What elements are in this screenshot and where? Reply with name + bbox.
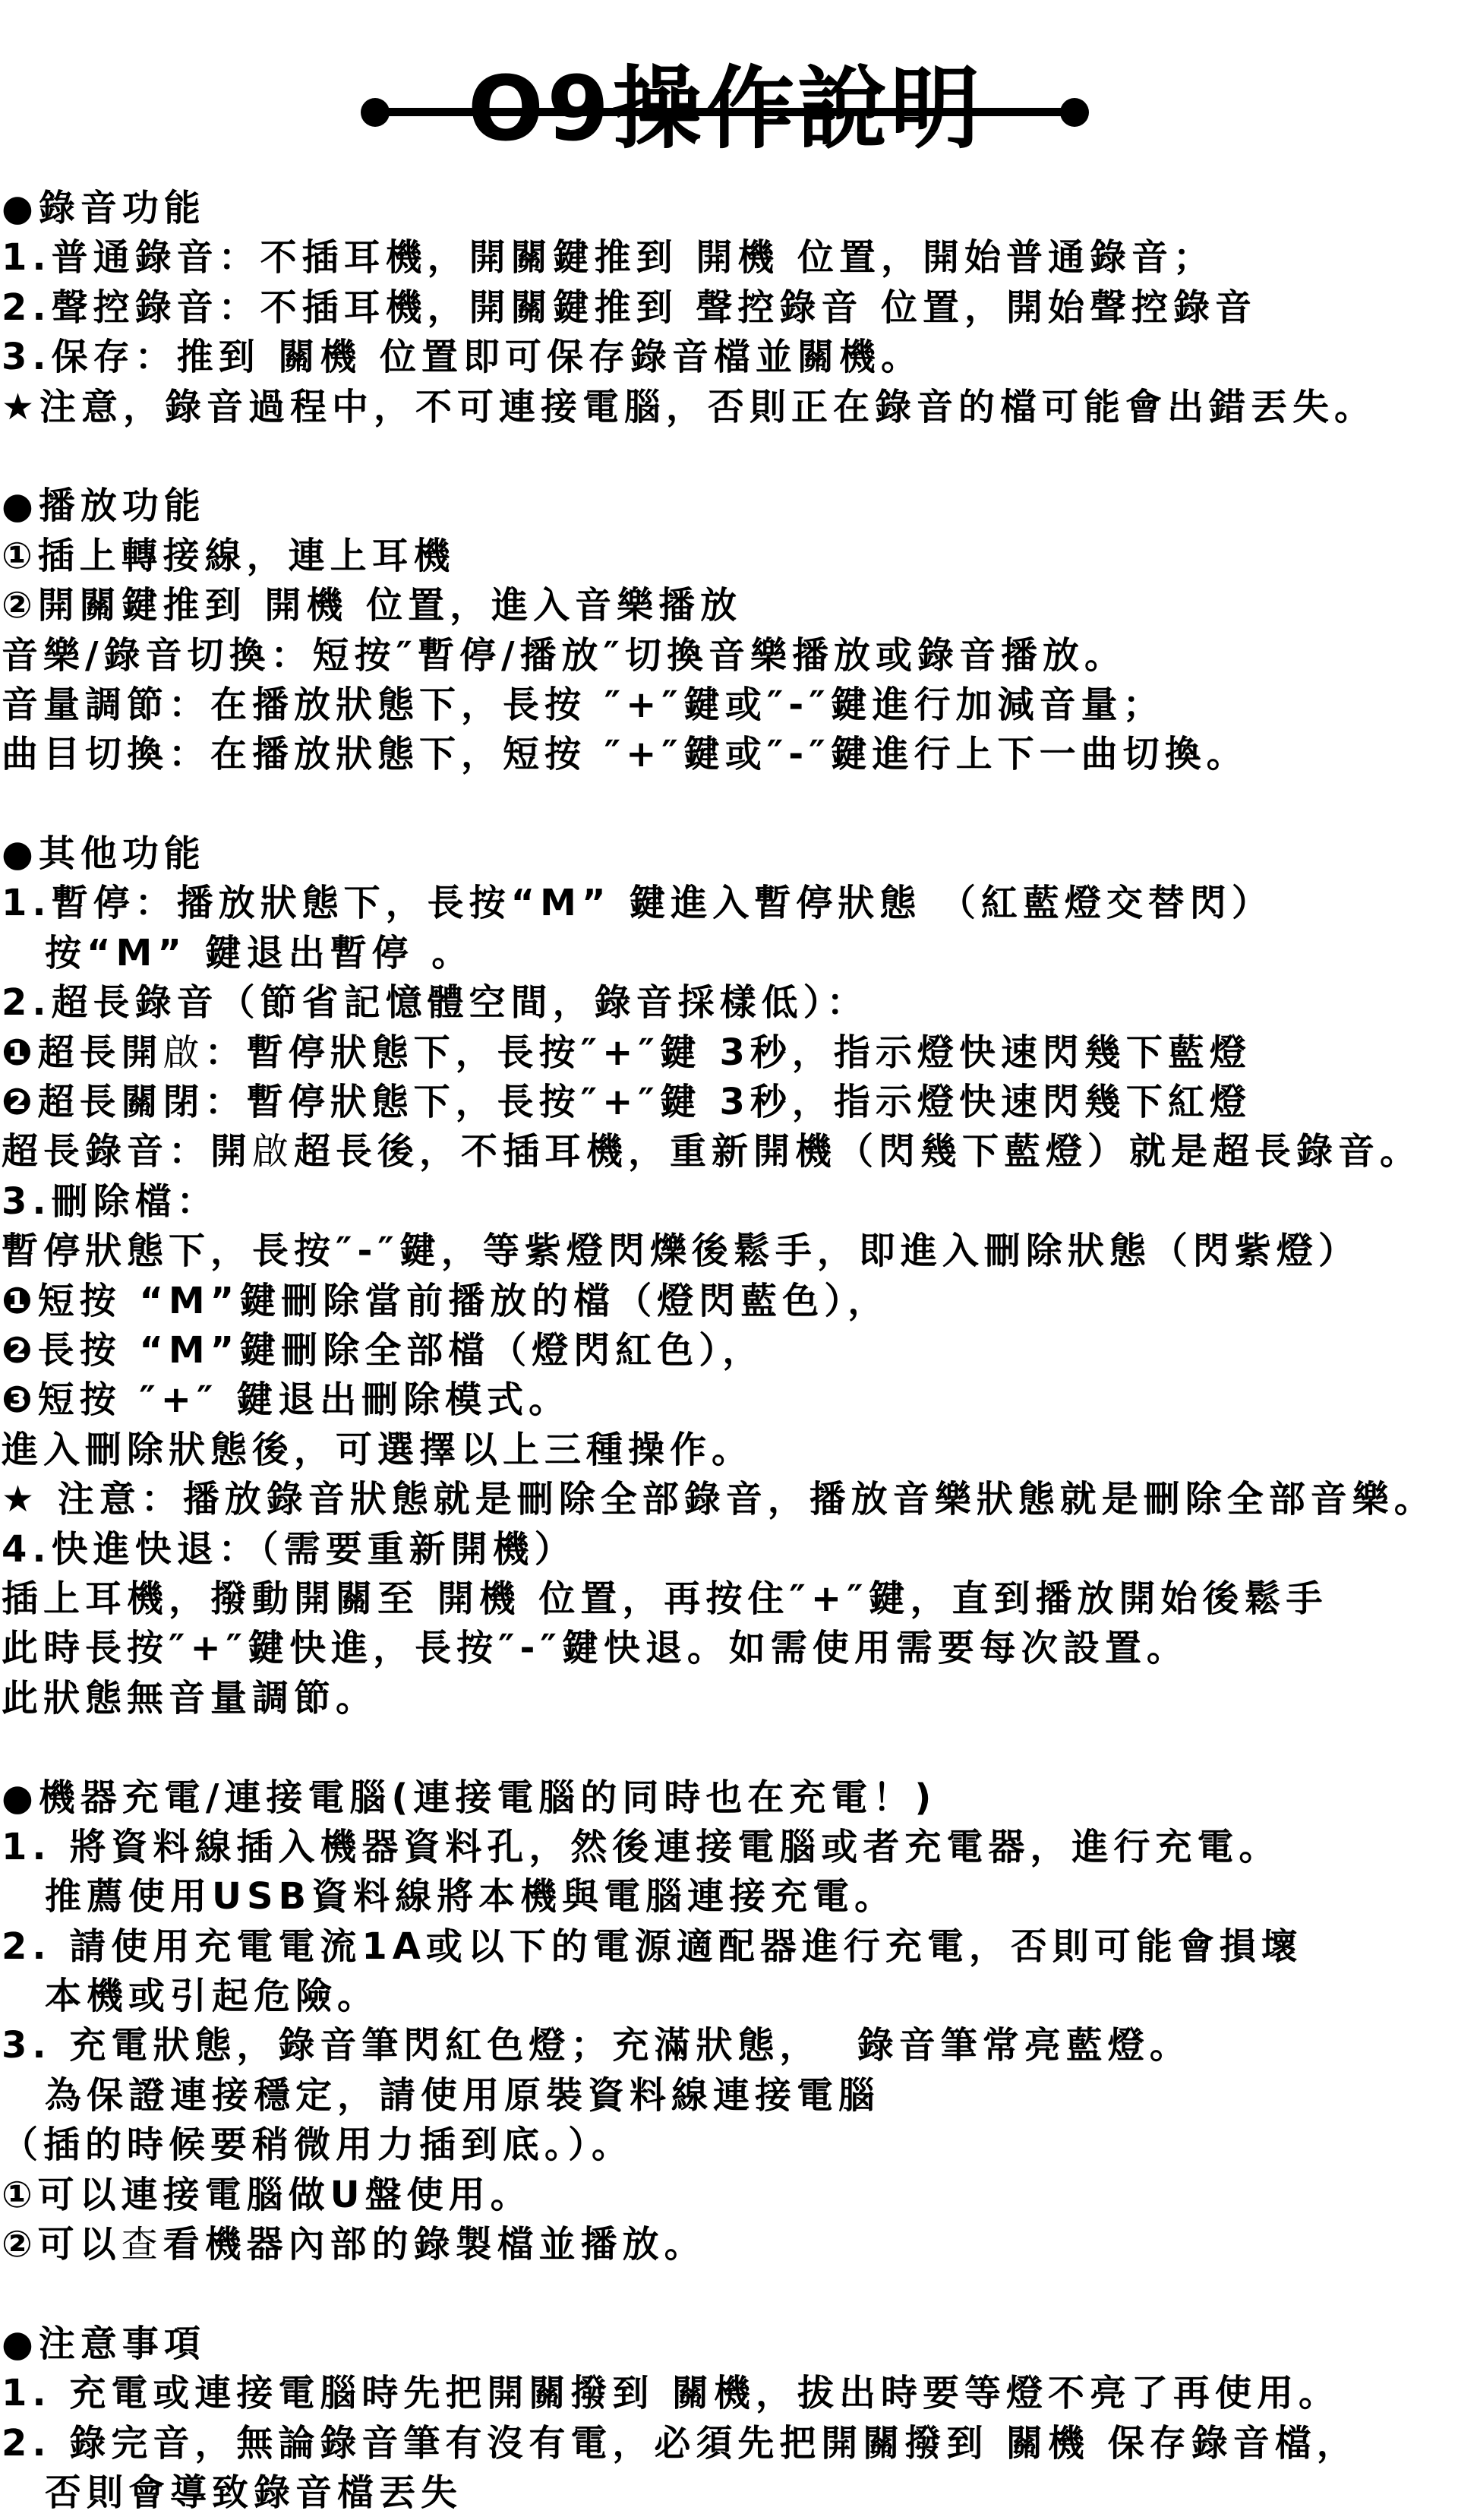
section-heading-text: 錄音功能 (39, 187, 206, 229)
instruction-line: 1. 將資料線插入機器資料孔，然後連接電腦或者充電器，進行充電。 (2, 1823, 1456, 1872)
instruction-line: 2.超長錄音（節省記憶體空間，錄音採樣低）： (2, 978, 1456, 1028)
section-other-functions: ●其他功能 1.暫停：播放狀態下，長按“M” 鍵進入暫停狀態 （紅藍燈交替閃） … (2, 829, 1456, 1723)
instruction-line: ②可以查看機器內部的錄製檔並播放。 (2, 2220, 1456, 2269)
section-heading: ●播放功能 (2, 482, 1456, 531)
line-segment: ②可以 (2, 2223, 121, 2266)
instruction-line: 3. 充電狀態，錄音筆閃紅色燈；充滿狀態， 錄音筆常亮藍燈。 (2, 2021, 1456, 2070)
section-heading-text: 其他功能 (39, 832, 206, 875)
divider-dot-left-icon (361, 98, 390, 127)
instruction-line: 2. 請使用充電電流1A或以下的電源適配器進行充電，否則可能會損壞 (2, 1922, 1456, 1972)
instruction-line: 1.普通錄音：不插耳機，開關鍵推到 開機 位置，開始普通錄音； (2, 233, 1456, 283)
instruction-line: ❷超長關閉：暫停狀態下，長按″+″鍵 3秒，指示燈快速閃幾下紅燈 (2, 1078, 1456, 1127)
instruction-line: 按“M” 鍵退出暫停 。 (2, 929, 1456, 978)
warning-line: ★ 注意：播放錄音狀態就是刪除全部錄音，播放音樂狀態就是刪除全部音樂。 (2, 1475, 1456, 1524)
section-heading-text: 機器充電/連接電腦(連接電腦的同時也在充電！) (39, 1776, 936, 1819)
instruction-line: 2.聲控錄音：不插耳機，開關鍵推到 聲控錄音 位置，開始聲控錄音 (2, 283, 1456, 333)
instruction-line: 3.保存：推到 關機 位置即可保存錄音檔並關機。 (2, 333, 1456, 382)
instruction-line: ❷長按 “M”鍵刪除全部檔（燈閃紅色）， (2, 1326, 1456, 1375)
instruction-line: 1.暫停：播放狀態下，長按“M” 鍵進入暫停狀態 （紅藍燈交替閃） (2, 879, 1456, 928)
line-segment-light: 查 (121, 2223, 163, 2266)
bullet-icon: ● (2, 829, 39, 879)
spacer (2, 1723, 1456, 1773)
instruction-line: 插上耳機，撥動開關至 開機 位置，再按住″+″鍵，直到播放開始後鬆手 (2, 1574, 1456, 1624)
instruction-line: 否則會導致錄音檔丟失 (2, 2468, 1456, 2518)
section-heading-text: 播放功能 (39, 485, 206, 527)
line-segment-light: 啟 (252, 1130, 294, 1173)
line-segment: 超長錄音：開 (2, 1130, 252, 1173)
instruction-line: 超長錄音：開啟超長後，不插耳機，重新開機（閃幾下藍燈）就是超長錄音。 (2, 1127, 1456, 1176)
section-heading: ●其他功能 (2, 829, 1456, 879)
instruction-line: 為保證連接穩定，請使用原裝資料線連接電腦 (2, 2071, 1456, 2121)
instruction-line: 此時長按″+″鍵快進，長按″-″鍵快退。如需使用需要每次設置。 (2, 1624, 1456, 1673)
line-segment: 看機器內部的錄製檔並播放。 (163, 2223, 706, 2266)
line-segment: ：暫停狀態下，長按″+″鍵 3秒，指示燈快速閃幾下藍燈 (205, 1031, 1251, 1074)
instruction-line: ①插上轉接線，連上耳機 (2, 532, 1456, 581)
instruction-line: 4.快進快退：（需要重新開機） (2, 1525, 1456, 1574)
instruction-line: ②開關鍵推到 開機 位置，進入音樂播放 (2, 581, 1456, 630)
section-playback: ●播放功能 ①插上轉接線，連上耳機 ②開關鍵推到 開機 位置，進入音樂播放 音樂… (2, 482, 1456, 779)
bullet-icon: ● (2, 1773, 39, 1823)
divider-dot-right-icon (1060, 98, 1089, 127)
instruction-line: 本機或引起危險。 (2, 1972, 1456, 2021)
instruction-line: ❶短按 “M”鍵刪除當前播放的檔（燈閃藍色）， (2, 1277, 1456, 1326)
instruction-line: 曲目切換：在播放狀態下，短按 ″+″鍵或″-″鍵進行上下一曲切換。 (2, 730, 1456, 779)
instruction-line: 音樂/錄音切換：短按″暫停/播放″切換音樂播放或錄音播放。 (2, 631, 1456, 681)
instruction-line: 推薦使用USB資料線將本機與電腦連接充電。 (2, 1872, 1456, 1922)
line-segment: 超長後，不插耳機，重新開機（閃幾下藍燈）就是超長錄音。 (294, 1130, 1422, 1173)
instruction-line: 2. 錄完音，無論錄音筆有沒有電，必須先把開關撥到 關機 保存錄音檔， (2, 2419, 1456, 2468)
section-heading: ●錄音功能 (2, 184, 1456, 233)
section-heading: ●機器充電/連接電腦(連接電腦的同時也在充電！) (2, 1773, 1456, 1823)
instruction-line: ①可以連接電腦做U盤使用。 (2, 2171, 1456, 2220)
instruction-line: 暫停狀態下，長按″-″鍵，等紫燈閃爍後鬆手，即進入刪除狀態（閃紫燈） (2, 1227, 1456, 1276)
warning-line: ★注意，錄音過程中，不可連接電腦，否則正在錄音的檔可能會出錯丟失。 (2, 383, 1456, 432)
bullet-icon: ● (2, 2319, 39, 2369)
instruction-line: ❸短按 ″+″ 鍵退出刪除模式。 (2, 1375, 1456, 1425)
section-heading: ●注意事項 (2, 2319, 1456, 2369)
section-charging: ●機器充電/連接電腦(連接電腦的同時也在充電！) 1. 將資料線插入機器資料孔，… (2, 1773, 1456, 2270)
line-segment: ❶超長開 (2, 1031, 163, 1074)
instruction-line: 音量調節：在播放狀態下，長按 ″+″鍵或″-″鍵進行加減音量； (2, 681, 1456, 730)
divider-line (375, 108, 1074, 116)
instruction-line: ❶超長開啟：暫停狀態下，長按″+″鍵 3秒，指示燈快速閃幾下藍燈 (2, 1028, 1456, 1078)
line-segment-light: 啟 (163, 1031, 205, 1074)
instruction-line: （插的時候要稍微用力插到底。）。 (2, 2121, 1456, 2170)
instructions-body: ●錄音功能 1.普通錄音：不插耳機，開關鍵推到 開機 位置，開始普通錄音； 2.… (2, 184, 1456, 2518)
instruction-line: 進入刪除狀態後，可選擇以上三種操作。 (2, 1426, 1456, 1475)
spacer (2, 780, 1456, 829)
spacer (2, 432, 1456, 482)
section-heading-text: 注意事項 (39, 2323, 206, 2365)
instruction-line: 3.刪除檔： (2, 1177, 1456, 1227)
bullet-icon: ● (2, 482, 39, 531)
instruction-line: 1. 充電或連接電腦時先把開關撥到 關機，拔出時要等燈不亮了再使用。 (2, 2369, 1456, 2418)
section-notes: ●注意事項 1. 充電或連接電腦時先把開關撥到 關機，拔出時要等燈不亮了再使用。… (2, 2319, 1456, 2518)
instruction-line: 此狀態無音量調節。 (2, 1674, 1456, 1723)
spacer (2, 2269, 1456, 2319)
section-recording: ●錄音功能 1.普通錄音：不插耳機，開關鍵推到 開機 位置，開始普通錄音； 2.… (2, 184, 1456, 432)
bullet-icon: ● (2, 184, 39, 233)
